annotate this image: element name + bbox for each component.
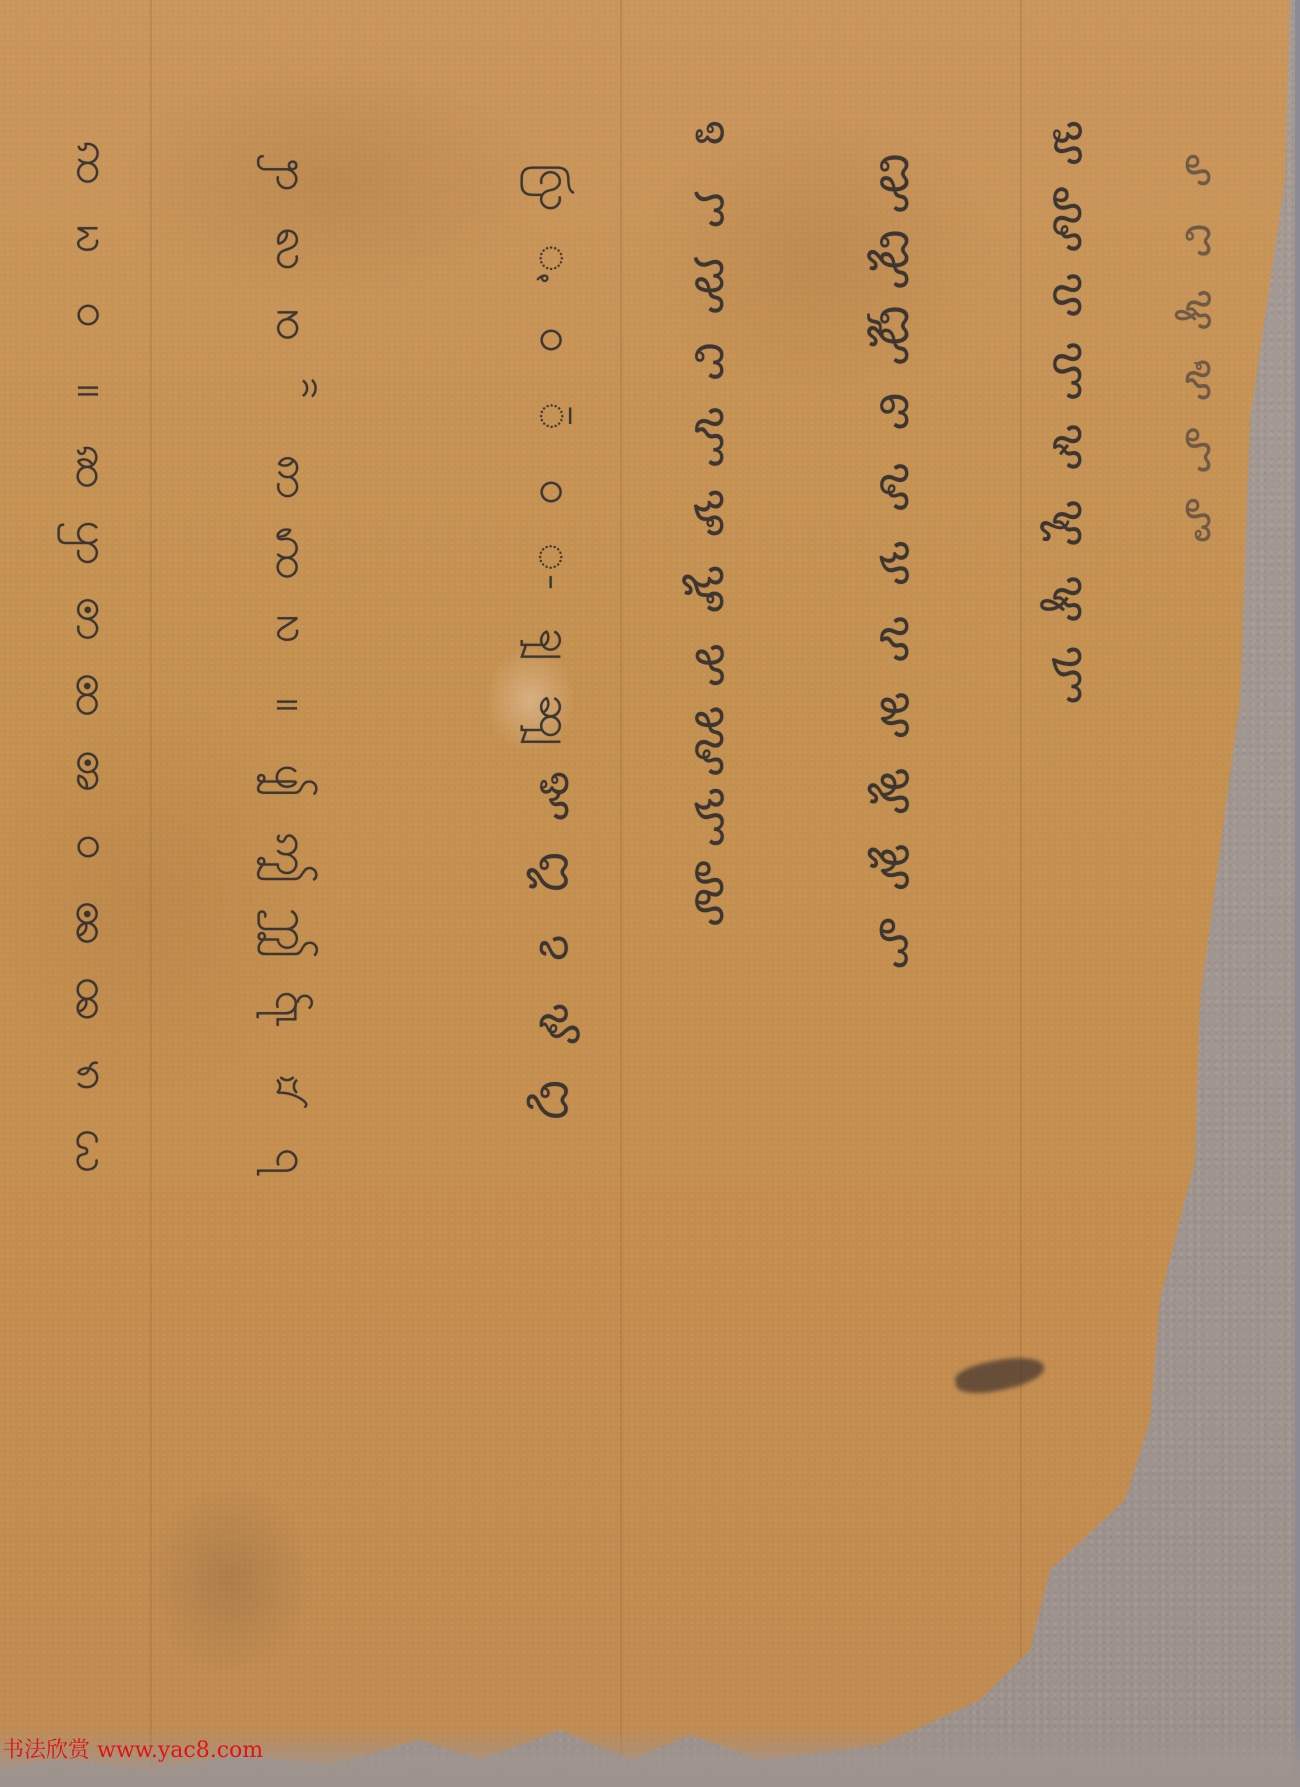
script-glyph: ꨊ — [689, 488, 735, 538]
script-glyph: ꨟ — [1047, 423, 1093, 471]
script-glyph: ꨣ — [1180, 153, 1220, 188]
script-column: ꩭꩮꩯꩰꩱꩲꩳ။ꩴꩵꩶ꩷꩸꩹ — [266, 150, 320, 1214]
script-column: ꨣꨤꨥꨦꨧꨨ — [1176, 150, 1223, 570]
script-column: ꨛꨜꨝꨞꨟꨠꨡꨢ — [1036, 120, 1104, 728]
script-glyph: ꨞ — [1047, 341, 1093, 401]
script-glyph: ꩨ — [71, 750, 117, 792]
script-glyph: ꨔ — [874, 462, 920, 512]
script-glyph: ꩦ — [71, 597, 117, 642]
script-glyph: ၀ — [71, 302, 117, 328]
script-glyph: ꨥ — [1180, 289, 1220, 331]
script-glyph: ꩣ — [71, 445, 117, 489]
vertical-crease — [150, 0, 152, 1787]
script-glyph: ꩱ — [270, 454, 316, 499]
script-glyph: ꨓ — [874, 391, 920, 431]
script-glyph: ꨅ — [689, 119, 735, 146]
script-glyph: ။ — [270, 698, 316, 712]
script-glyph: ꨒ — [874, 304, 920, 366]
script-glyph: ꨗ — [874, 691, 920, 740]
script-glyph: ꨃ — [534, 1002, 580, 1045]
script-glyph: ꨌ — [689, 642, 735, 687]
script-glyph: ꨏ — [689, 859, 735, 927]
script-glyph: ꨐ — [874, 152, 920, 214]
script-glyph: ꨆ — [689, 189, 735, 228]
script-column: ꨐꨑꨒꨓꨔꨕꨖꨗꨘꨙꨚ — [866, 160, 928, 996]
script-glyph: ၀ — [534, 479, 580, 505]
script-glyph: ꨤ — [1180, 222, 1220, 257]
script-glyph: ꨑ — [874, 228, 920, 290]
script-glyph: ꩿ — [534, 694, 580, 745]
script-glyph: ꩲ — [270, 526, 316, 580]
script-glyph: ꨚ — [874, 916, 920, 969]
script-glyph: ၀ — [534, 327, 580, 353]
script-glyph: ။ — [71, 384, 117, 398]
script-glyph: ꨝ — [1047, 272, 1093, 318]
script-column: ꨅꨆꨇꨈꨉꨊꨋꨌꨍꨎꨏ — [676, 110, 748, 946]
script-glyph: ꩧ — [71, 673, 117, 717]
script-column: ꩡꩢ၀။ꩣꩥꩦꩧꩨ၀ꩩꩪꩫꩬ — [71, 140, 116, 1204]
script-glyph: ꨎ — [689, 786, 735, 847]
script-glyph: ꨛ — [1047, 120, 1093, 167]
script-glyph: ꩸ — [270, 1074, 316, 1096]
script-glyph: ꨨ — [1180, 497, 1220, 544]
script-glyph: ꩵ — [270, 832, 316, 882]
script-glyph: ꨢ — [1047, 645, 1093, 705]
script-column: ꩺꩻ၀ꩼ၀ꩽꩾꩿꨀꨁꨂꨃꨄ — [531, 165, 583, 1153]
script-glyph: ꨉ — [689, 406, 735, 468]
script-glyph: ꨖ — [874, 615, 920, 663]
script-glyph: ꩮ — [270, 227, 316, 270]
script-glyph: ꨄ — [534, 1078, 580, 1121]
script-glyph: ꩶ — [270, 907, 316, 958]
script-glyph: ꨇ — [689, 255, 735, 315]
script-glyph: ꨦ — [1180, 359, 1220, 402]
script-glyph: ꨕ — [874, 540, 920, 587]
script-glyph: ꩢ — [71, 225, 117, 254]
script-glyph: ꨍ — [689, 705, 735, 777]
vertical-crease — [1020, 0, 1022, 1787]
script-glyph: ꩷ — [270, 990, 316, 1027]
script-glyph: ꩥ — [71, 520, 117, 565]
script-glyph: ꨡ — [1047, 575, 1093, 623]
script-glyph: ꩽ — [534, 543, 580, 594]
script-glyph: ꩼ — [534, 402, 580, 431]
watermark: 书法欣赏 www.yac8.com — [2, 1733, 263, 1764]
script-glyph: ꨁ — [534, 850, 580, 893]
script-glyph: ꩻ — [534, 244, 580, 284]
script-glyph: ꩬ — [71, 1129, 117, 1173]
script-glyph: ꩺ — [534, 164, 580, 213]
script-glyph: ꩩ — [71, 901, 117, 945]
ink-smudge — [953, 1351, 1047, 1399]
script-glyph: ꨘ — [874, 767, 920, 816]
script-glyph: ꩡ — [71, 141, 117, 186]
backing-edge-strip — [1295, 0, 1300, 1787]
script-glyph: ꨂ — [534, 934, 580, 961]
script-glyph: ꩳ — [270, 615, 316, 644]
script-glyph: ꩭ — [270, 154, 316, 192]
script-glyph: ꩹ — [270, 1148, 316, 1174]
script-glyph: ꨀ — [534, 770, 580, 822]
script-glyph: ၀ — [71, 834, 117, 860]
script-glyph: ꩾ — [534, 628, 580, 661]
script-glyph: ꨋ — [689, 564, 735, 614]
script-glyph: ꨙ — [874, 843, 920, 892]
script-glyph: ꨈ — [689, 341, 735, 381]
script-glyph: ꩯ — [270, 309, 316, 342]
script-glyph: ꨧ — [1180, 426, 1220, 473]
script-glyph: ꩫ — [71, 1059, 117, 1091]
script-glyph: ꨜ — [1047, 185, 1093, 253]
script-glyph: ꩪ — [71, 977, 117, 1021]
script-glyph: ꨠ — [1047, 499, 1093, 547]
script-glyph: ꩴ — [270, 764, 316, 798]
vertical-crease — [620, 0, 622, 1787]
